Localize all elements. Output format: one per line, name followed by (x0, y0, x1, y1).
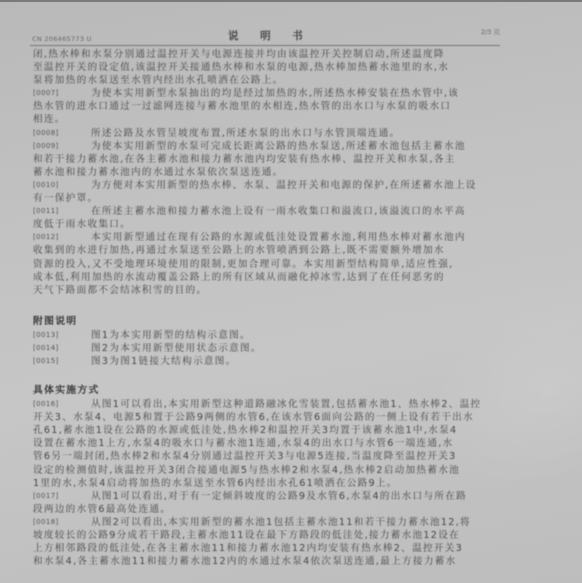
paragraph-0009: [0009]为使本实用新型的水泵可完成长距离公路的热水泵送,所述蓄水池包括主蓄水… (33, 140, 505, 153)
paragraph-0016: [0016]从图1可以看出,本实用新型这种道路融冰化雪装置,包括蓄水池1、热水棒… (33, 398, 505, 411)
paragraph-0012: [0012]本实用新型通过在现有公路的水源或低洼处设置蓄水池,利用热水棒对蓄水池… (33, 231, 505, 244)
text-line: 成本低,利用加热的水流动覆盖公路上的所有区域从而融化掉冰雪,达到了在任何恶劣的 (33, 271, 505, 284)
text-line: 所述公路及水管呈坡度布置,所述水泵的出水口与水管顶端连通。 (91, 128, 400, 139)
patent-page: CN 206465773 U 说 明 书 2/3 页 闭,热水棒和水泵分别通过温… (0, 0, 582, 583)
paragraph-0013: [0013]图1为本实用新型的结构示意图。 (33, 329, 505, 342)
text-line: 图2为本实用新型使用状态示意图。 (91, 343, 262, 354)
text-line: 度低于雨水收集口。 (33, 218, 505, 231)
paragraph-number: [0017] (33, 490, 91, 503)
section-heading-drawings: 附图说明 (33, 315, 505, 329)
text-line: 相连。 (33, 113, 505, 126)
text-line: 蓄水池和接力蓄水池内的水通过水泵依次泵送连通。 (33, 166, 505, 179)
text-line: 本实用新型通过在现有公路的水源或低洼处设置蓄水池,利用热水棒对蓄水池内 (91, 232, 466, 243)
paragraph-0017: [0017]从图1可以看出,对于有一定倾斜坡度的公路9及水管6,水泵4的出水口与… (33, 490, 505, 503)
text-line: 设定的检测值时,该温控开关3闭合接通电源5与热水棒2和水泵4,热水棒2启动加热蓄… (33, 464, 505, 477)
paragraph-number: [0012] (33, 231, 91, 244)
paragraph-0007: [0007]为使本实用新型水泵抽出的均是经过加热的水,所述热水棒安装在热水管中,… (33, 87, 505, 100)
text-line: 段两边的水管6最高处连通。 (33, 503, 505, 516)
text-line: 从图2可以看出,本实用新型的蓄水池1包括主蓄水池11和若干接力蓄水池12,将 (91, 517, 471, 528)
paragraph-0014: [0014]图2为本实用新型使用状态示意图。 (33, 342, 505, 355)
paragraph-number: [0010] (33, 179, 91, 192)
text-line: 为方便对本实用新型的热水棒、水泵、温控开关和电源的保护,在所述蓄水池上设 (91, 180, 477, 191)
document-number: CN 206465773 U (32, 35, 92, 43)
text-line: 孔61,蓄水池1设在公路的水源或低洼处,热水棒2和温控开关3均置于该蓄水池1中,… (33, 424, 505, 437)
text-line: 从图1可以看出,本实用新型这种道路融冰化雪装置,包括蓄水池1、热水棒2、温控 (91, 399, 481, 410)
text-line: 设置在蓄水池1上方,水泵4的吸水口与蓄水池1连通,水泵4的出水口与水管6一端连通… (33, 437, 505, 450)
text-line: 上方相邻路段的低洼处,在各主蓄水池11和接力蓄水池12内均安装有热水棒2、温控开… (33, 542, 505, 555)
paragraph-number: [0016] (33, 398, 91, 411)
text-line: 有一保护罩。 (33, 192, 505, 205)
text-line: 管6另一端封闭,热水棒2和水泵4分别通过温控开关3与电源5连接,当温度降至温控开… (33, 450, 505, 463)
text-line: 图1为本实用新型的结构示意图。 (91, 330, 251, 341)
text-line: 为使本实用新型水泵抽出的均是经过加热的水,所述热水棒安装在热水管中,该 (91, 88, 459, 99)
paragraph-number: [0007] (33, 87, 91, 100)
text-line: 收集到的水进行加热,再通过水泵送至公路上的水管喷洒到公路上,既不需要额外增加水 (33, 244, 505, 257)
text-line: 为使本实用新型的水泵可完成长距离公路的热水泵送,所述蓄水池包括主蓄水池 (91, 141, 466, 152)
paragraph-0018: [0018]从图2可以看出,本实用新型的蓄水池1包括主蓄水池11和若干接力蓄水池… (33, 516, 505, 529)
text-line: 闭,热水棒和水泵分别通过温控开关与电源连接并均由该温控开关控制启动,所述温度降 (33, 48, 505, 61)
text-line: 泵将加热的水泵送至水管内经出水孔喷洒在公路上。 (33, 74, 505, 87)
paragraph-number: [0008] (33, 127, 91, 140)
page-number: 2/3 页 (481, 27, 500, 36)
text-line: 开关3、水泵4、电源5和置于公路9两侧的水管6,在该水管6面向公路的一侧上设有若… (33, 411, 505, 424)
text-line: 在所述主蓄水池和接力蓄水池上设有一雨水收集口和溢流口,该溢流口的水平高 (91, 206, 466, 217)
text-line: 热水管的进水口通过一过滤网连接与蓄水池里的水相连,热水管的出水口与水泵的吸水口 (33, 100, 505, 113)
page-header: CN 206465773 U 说 明 书 2/3 页 (30, 25, 500, 46)
text-line: 和若干接力蓄水池,在各主蓄水池和接力蓄水池内均安装有热水棒、温控开关和水泵,各主 (33, 153, 505, 166)
paragraph-0015: [0015]图3为图1链接大结构示意图。 (33, 355, 505, 368)
paragraph-0011: [0011]在所述主蓄水池和接力蓄水池上设有一雨水收集口和溢流口,该溢流口的水平… (33, 205, 505, 218)
text-line: 1里的水,水泵4启动将加热的水泵送至水管6内经出水孔61喷洒在公路9上。 (33, 477, 505, 490)
paragraph-number: [0009] (33, 140, 91, 153)
text-line: 资源的投入,又不受地理环境使用的限制,更加合理可靠。本实用新型结构简单,适应性强… (33, 258, 505, 271)
paragraph-number: [0018] (33, 516, 91, 529)
paragraph-0008: [0008]所述公路及水管呈坡度布置,所述水泵的出水口与水管顶端连通。 (33, 127, 505, 140)
text-line: 至温控开关的设定值,该温控开关接通热水棒和水泵的电源,热水棒加热蓄水池里的水,水 (33, 61, 505, 74)
paragraph-0010: [0010]为方便对本实用新型的热水棒、水泵、温控开关和电源的保护,在所述蓄水池… (33, 179, 505, 192)
paragraph-number: [0015] (33, 355, 91, 368)
text-line: 和水泵4,各主蓄水池11和接力蓄水池12内的水通过水泵4依次泵送连通,最上方接力… (33, 555, 505, 568)
paragraph-number: [0014] (33, 342, 91, 355)
text-line: 天气下路面都不会结冰积雪的目的。 (33, 284, 505, 297)
document-title: 说 明 书 (228, 28, 312, 43)
text-line: 坡度较长的公路9分成若干路段,主蓄水池11设在最下方路段的低洼处,接力蓄水池12… (33, 529, 505, 542)
text-line: 图3为图1链接大结构示意图。 (91, 356, 237, 367)
paragraph-number: [0013] (33, 329, 91, 342)
paragraph-number: [0011] (33, 205, 91, 218)
section-heading-embodiments: 具体实施方式 (33, 384, 505, 398)
document-body: 闭,热水棒和水泵分别通过温控开关与电源连接并均由该温控开关控制启动,所述温度降 … (33, 48, 505, 568)
text-line: 从图1可以看出,对于有一定倾斜坡度的公路9及水管6,水泵4的出水口与所在路 (91, 491, 467, 502)
